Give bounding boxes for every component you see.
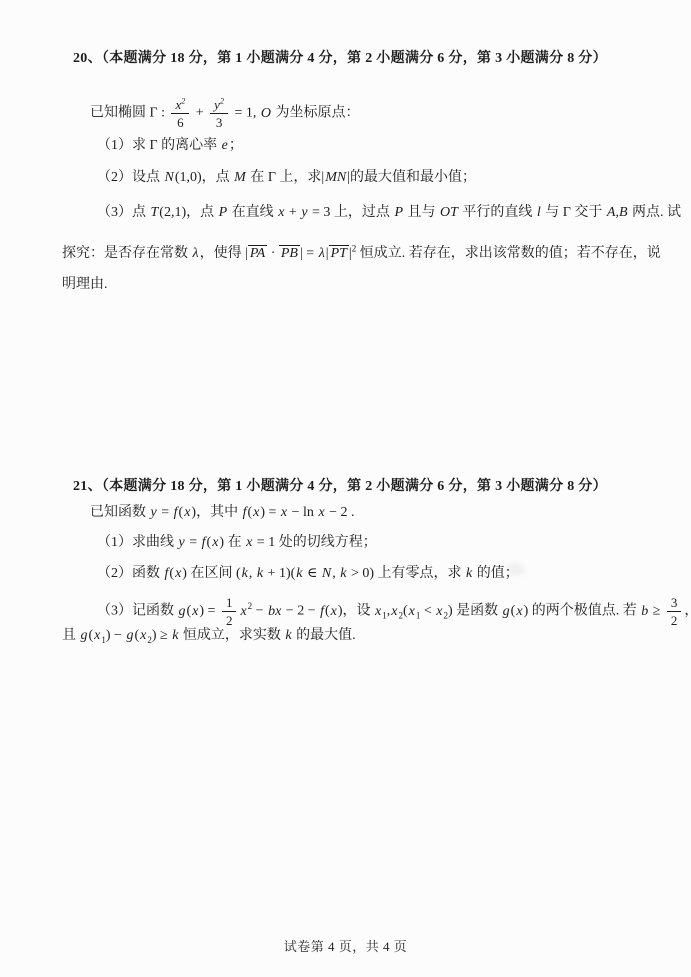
- text-run: =: [186, 535, 201, 550]
- text-run: ∈: [304, 566, 321, 581]
- math-variable: x: [408, 604, 416, 619]
- math-variable: g: [502, 604, 511, 619]
- text-run: ) 在: [219, 535, 245, 550]
- fraction-denominator: 6: [177, 114, 184, 130]
- math-variable: g: [80, 628, 89, 643]
- math-variable: N: [164, 170, 175, 185]
- text-run: + 1)(: [264, 566, 295, 581]
- math-variable: k: [295, 566, 303, 581]
- math-variable: O: [260, 106, 272, 121]
- text-run: ) 在区间 (: [182, 566, 240, 581]
- text-run: 已知椭圆 Γ :: [90, 106, 168, 121]
- text-run: <: [420, 604, 435, 619]
- text-run: )，设: [338, 604, 374, 619]
- text-run: ·: [267, 246, 279, 261]
- math-fraction: x26: [171, 97, 189, 130]
- fraction-numerator: 3: [667, 595, 682, 612]
- math-variable: x: [239, 604, 247, 619]
- text-run: 在 Γ 上，求|: [247, 170, 324, 185]
- math-variable: x: [330, 604, 338, 619]
- text-run: 恒成立，求实数: [179, 628, 284, 643]
- math-variable: e: [221, 138, 229, 153]
- text-run: − ln: [288, 505, 317, 520]
- text-run: 已知函数: [90, 505, 150, 520]
- text-run: − 2 −: [282, 604, 319, 619]
- question-21-item-2: （2）函数 f(x) 在区间 (k, k + 1)(k ∈ N, k > 0) …: [97, 564, 519, 583]
- text-run: −: [252, 604, 267, 619]
- text-run: ，: [684, 604, 691, 619]
- text-run: − 2 .: [326, 505, 355, 520]
- text-run: ) ≥: [152, 628, 171, 643]
- question-21-item-3: （3）记函数 g(x) = 12x2 − bx − 2 − f(x)，设 x1,…: [97, 595, 691, 628]
- text-run: =: [158, 505, 173, 520]
- text-run: （1）求曲线: [97, 535, 178, 550]
- math-variable: k: [241, 566, 249, 581]
- text-run: +: [192, 106, 207, 121]
- text-run: ) 是函数: [448, 604, 502, 619]
- text-run: （2）函数: [97, 566, 164, 581]
- question-20-item-3-continuation: 探究：是否存在常数 λ，使得 |PA · PB| = λ|PT|2 恒成立. 若…: [62, 244, 661, 263]
- math-variable: y: [150, 505, 158, 520]
- text-run: ，使得 |: [200, 246, 248, 261]
- text-run: | =: [300, 246, 318, 261]
- text-run: )，其中: [191, 505, 241, 520]
- fraction-denominator: 2: [671, 612, 678, 628]
- math-variable: P: [218, 205, 229, 220]
- text-run: 明理由.: [62, 277, 108, 292]
- text-run: |的最大值和最小值；: [347, 170, 476, 185]
- fraction-numerator: x2: [171, 97, 189, 114]
- fraction-numerator: 1: [222, 595, 237, 612]
- text-run: ,: [249, 566, 256, 581]
- text-run: 两点. 试: [629, 205, 682, 220]
- question-20-item-2: （2）设点 N(1,0)，点 M 在 Γ 上，求|MN|的最大值和最小值；: [97, 168, 476, 187]
- math-variable: k: [465, 566, 473, 581]
- scan-artifact: [505, 563, 525, 576]
- math-variable: y: [178, 535, 186, 550]
- math-variable: λ: [318, 246, 326, 261]
- math-variable: y: [300, 205, 308, 220]
- text-run: ) 的两个极值点. 若: [524, 604, 641, 619]
- fraction-denominator: 3: [216, 114, 223, 130]
- math-variable: k: [256, 566, 264, 581]
- math-variable: x: [515, 604, 523, 619]
- math-variable: g: [178, 604, 187, 619]
- question-20-header: 20、（本题满分 18 分，第 1 小题满分 4 分，第 2 小题满分 6 分，…: [73, 49, 607, 68]
- math-variable: b: [640, 604, 649, 619]
- text-run: ) −: [106, 628, 126, 643]
- text-run: = 1,: [231, 106, 260, 121]
- fraction-numerator: y2: [210, 97, 228, 114]
- math-superscript: 2: [220, 97, 224, 106]
- exam-page: 20、（本题满分 18 分，第 1 小题满分 4 分，第 2 小题满分 6 分，…: [0, 0, 691, 977]
- math-variable: M: [233, 170, 247, 185]
- math-variable: A,B: [606, 205, 629, 220]
- text-run: ；: [229, 138, 243, 153]
- question-20-intro: 已知椭圆 Γ : x26 + y23 = 1, O 为坐标原点：: [90, 97, 359, 130]
- text-run: （3）记函数: [97, 604, 178, 619]
- math-variable: P: [393, 205, 404, 220]
- math-variable: x: [280, 505, 288, 520]
- question-20-item-3: （3）点 T(2,1)，点 P 在直线 x + y = 3 上，过点 P 且与 …: [97, 203, 681, 222]
- text-run: (2,1)，点: [159, 205, 217, 220]
- text-run: 平行的直线: [459, 205, 536, 220]
- vector-term: PB: [279, 245, 300, 262]
- math-variable: k: [284, 628, 292, 643]
- math-variable: λ: [192, 246, 200, 261]
- math-variable: OT: [439, 205, 459, 220]
- math-fraction: 32: [667, 595, 682, 628]
- math-variable: x: [317, 505, 325, 520]
- question-21-intro: 已知函数 y = f(x)，其中 f(x) = x − ln x − 2 .: [90, 503, 355, 522]
- text-run: 恒成立. 若存在，求出该常数的值；若不存在，说: [356, 246, 661, 261]
- vector-term: PA: [248, 245, 267, 262]
- text-run: (1,0)，点: [175, 170, 233, 185]
- text-run: ≥: [649, 604, 664, 619]
- math-superscript: 2: [181, 97, 185, 106]
- text-run: 且与: [404, 205, 439, 220]
- math-variable: N: [321, 566, 332, 581]
- question-20-item-3-end: 明理由.: [62, 275, 108, 294]
- math-fraction: 12: [222, 595, 237, 628]
- question-21-item-3-continuation: 且 g(x1) − g(x2) ≥ k 恒成立，求实数 k 的最大值.: [62, 626, 356, 645]
- question-20-item-1: （1）求 Γ 的离心率 e；: [97, 136, 243, 155]
- text-run: 且: [62, 628, 80, 643]
- text-run: 的最大值.: [293, 628, 356, 643]
- text-run: 探究：是否存在常数: [62, 246, 192, 261]
- question-21-header: 21、（本题满分 18 分，第 1 小题满分 4 分，第 2 小题满分 6 分，…: [73, 477, 607, 496]
- text-run: 在直线: [228, 205, 277, 220]
- text-run: = 3 上，过点: [309, 205, 394, 220]
- text-run: +: [285, 205, 300, 220]
- text-run: ) =: [199, 604, 219, 619]
- math-variable: MN: [324, 170, 347, 185]
- text-run: 与 Γ 交于: [542, 205, 606, 220]
- text-run: (: [325, 604, 330, 619]
- math-variable: T: [150, 205, 160, 220]
- text-run: （1）求 Γ 的离心率: [97, 138, 221, 153]
- math-fraction: y23: [210, 97, 228, 130]
- page-footer: 试卷第 4 页，共 4 页: [0, 936, 691, 955]
- text-run: （3）点: [97, 205, 150, 220]
- text-run: 为坐标原点：: [272, 106, 360, 121]
- math-variable: bx: [267, 604, 282, 619]
- vector-term: PT: [329, 245, 349, 262]
- math-variable: x: [435, 604, 443, 619]
- text-run: > 0) 上有零点，求: [347, 566, 465, 581]
- text-run: (: [403, 604, 408, 619]
- question-21-item-1: （1）求曲线 y = f(x) 在 x = 1 处的切线方程；: [97, 533, 377, 552]
- text-run: ) =: [260, 505, 280, 520]
- text-run: （2）设点: [97, 170, 164, 185]
- text-run: = 1 处的切线方程；: [253, 535, 376, 550]
